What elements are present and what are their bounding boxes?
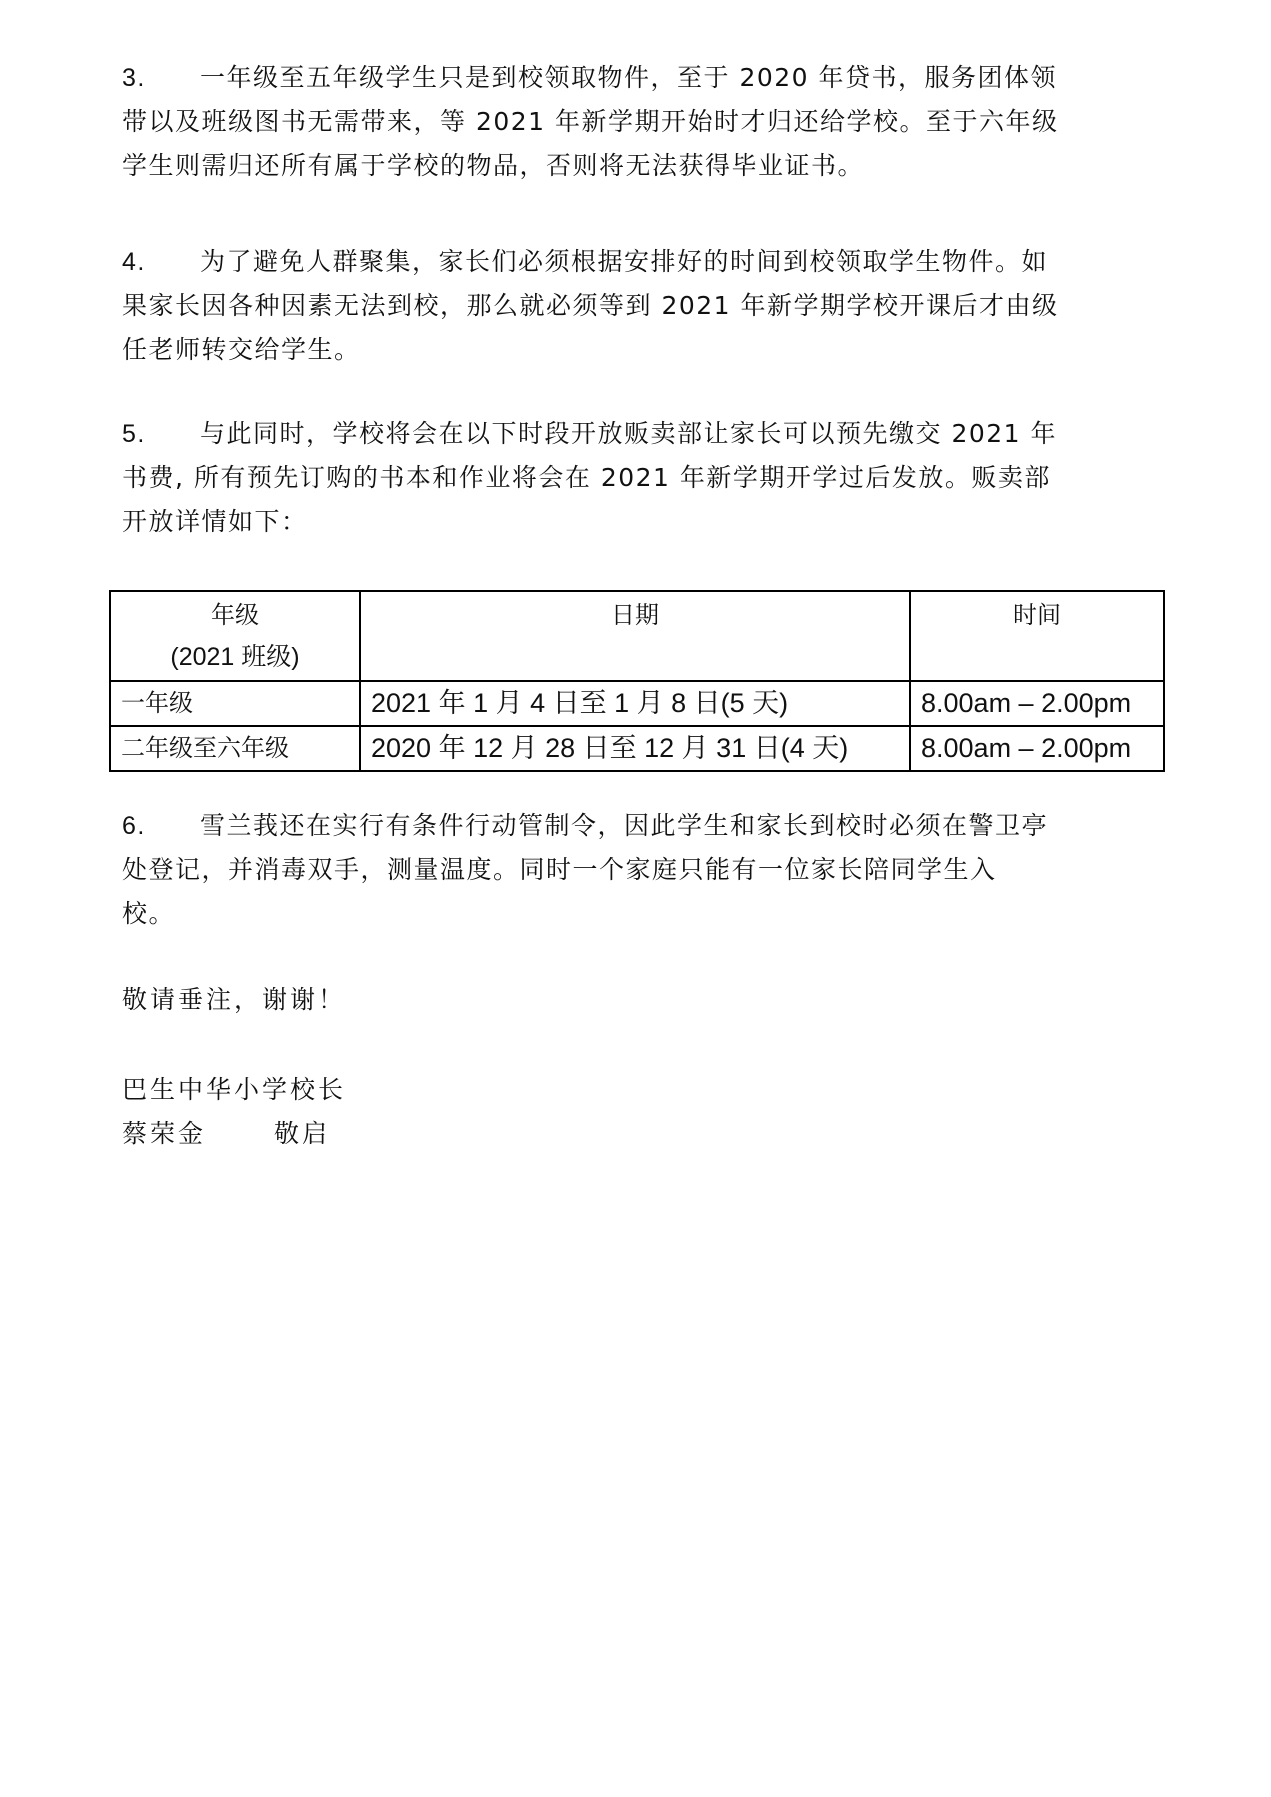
- document-page: 3.一年级至五年级学生只是到校领取物件，至于 2020 年贷书，服务团体领 带以…: [0, 0, 1271, 1797]
- paragraph-4: 4.为了避免人群聚集，家长们必须根据安排好的时间到校领取学生物件。如 果家长因各…: [122, 240, 1162, 372]
- signatory-name: 蔡荣金: [122, 1119, 206, 1148]
- closing-regards: 敬请垂注，谢谢！: [122, 978, 346, 1022]
- paragraph-line: 带以及班级图书无需带来，等 2021 年新学期开始时才归还给学校。至于六年级: [122, 100, 1162, 144]
- paragraph-line: 一年级至五年级学生只是到校领取物件，至于 2020 年贷书，服务团体领: [200, 63, 1057, 92]
- header-grade: 年级 (2021 班级): [110, 591, 360, 681]
- paragraph-5: 5.与此同时，学校将会在以下时段开放贩卖部让家长可以预先缴交 2021 年 书费…: [122, 412, 1162, 544]
- signatory-line: 蔡荣金敬启: [122, 1112, 330, 1156]
- paragraph-line: 与此同时，学校将会在以下时段开放贩卖部让家长可以预先缴交 2021 年: [200, 419, 1057, 448]
- table-row: 一年级 2021 年 1 月 4 日至 1 月 8 日(5 天) 8.00am …: [110, 681, 1164, 726]
- header-time: 时间: [910, 591, 1164, 681]
- cell-time: 8.00am – 2.00pm: [910, 681, 1164, 726]
- cell-date: 2020 年 12 月 28 日至 12 月 31 日(4 天): [360, 726, 910, 771]
- paragraph-line: 书费, 所有预先订购的书本和作业将会在 2021 年新学期开学过后发放。贩卖部: [122, 456, 1162, 500]
- paragraph-number: 5.: [122, 412, 200, 456]
- cell-date: 2021 年 1 月 4 日至 1 月 8 日(5 天): [360, 681, 910, 726]
- cell-grade: 一年级: [110, 681, 360, 726]
- paragraph-6: 6.雪兰莪还在实行有条件行动管制令，因此学生和家长到校时必须在警卫亭 处登记，并…: [122, 804, 1162, 936]
- paragraph-number: 3.: [122, 56, 200, 100]
- table-header-row: 年级 (2021 班级) 日期 时间: [110, 591, 1164, 681]
- paragraph-line: 开放详情如下：: [122, 500, 1162, 544]
- paragraph-line: 校。: [122, 892, 1162, 936]
- table-row: 二年级至六年级 2020 年 12 月 28 日至 12 月 31 日(4 天)…: [110, 726, 1164, 771]
- paragraph-line: 果家长因各种因素无法到校，那么就必须等到 2021 年新学期学校开课后才由级: [122, 284, 1162, 328]
- paragraph-line: 为了避免人群聚集，家长们必须根据安排好的时间到校领取学生物件。如: [200, 247, 1048, 276]
- signatory-title: 巴生中华小学校长: [122, 1068, 346, 1112]
- paragraph-3: 3.一年级至五年级学生只是到校领取物件，至于 2020 年贷书，服务团体领 带以…: [122, 56, 1162, 188]
- bookshop-schedule-table: 年级 (2021 班级) 日期 时间 一年级 2021 年 1 月 4 日至 1…: [109, 590, 1165, 772]
- paragraph-line: 处登记，并消毒双手，测量温度。同时一个家庭只能有一位家长陪同学生入: [122, 848, 1162, 892]
- paragraph-line: 学生则需归还所有属于学校的物品，否则将无法获得毕业证书。: [122, 144, 1162, 188]
- header-date: 日期: [360, 591, 910, 681]
- paragraph-number: 4.: [122, 240, 200, 284]
- sign-off: 敬启: [274, 1119, 330, 1148]
- cell-time: 8.00am – 2.00pm: [910, 726, 1164, 771]
- paragraph-number: 6.: [122, 804, 200, 848]
- paragraph-line: 雪兰莪还在实行有条件行动管制令，因此学生和家长到校时必须在警卫亭: [200, 811, 1048, 840]
- paragraph-line: 任老师转交给学生。: [122, 328, 1162, 372]
- cell-grade: 二年级至六年级: [110, 726, 360, 771]
